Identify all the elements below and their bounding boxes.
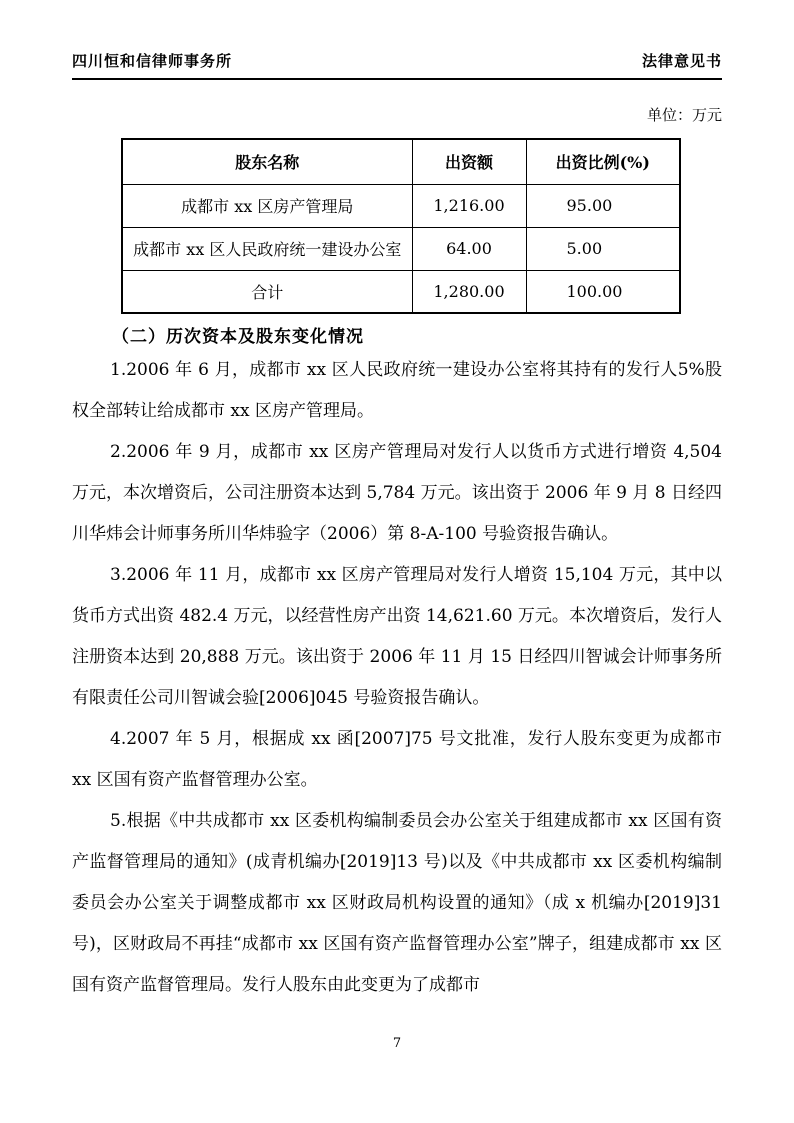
total-ratio-cell: 100.00 (526, 270, 680, 313)
contribution-ratio-cell: 5.00 (526, 227, 680, 270)
paragraph-4: 4.2007 年 5 月，根据成 xx 函[2007]75 号文批准，发行人股东… (72, 719, 722, 801)
shareholder-name-cell: 成都市 xx 区人民政府统一建设办公室 (122, 227, 412, 270)
paragraph-5: 5.根据《中共成都市 xx 区委机构编制委员会办公室关于组建成都市 xx 区国有… (72, 801, 722, 1006)
table-row: 成都市 xx 区人民政府统一建设办公室 64.00 5.00 (122, 227, 680, 270)
shareholder-name-cell: 成都市 xx 区房产管理局 (122, 184, 412, 227)
contribution-amount-cell: 64.00 (412, 227, 526, 270)
total-amount-cell: 1,280.00 (412, 270, 526, 313)
table-header-row: 股东名称 出资额 出资比例(%) (122, 139, 680, 184)
page-header: 四川恒和信律师事务所 法律意见书 (72, 50, 722, 80)
paragraph-3: 3.2006 年 11 月，成都市 xx 区房产管理局对发行人增资 15,104… (72, 555, 722, 719)
paragraph-1: 1.2006 年 6 月，成都市 xx 区人民政府统一建设办公室将其持有的发行人… (72, 350, 722, 432)
paragraph-2: 2.2006 年 9 月，成都市 xx 区房产管理局对发行人以货币方式进行增资 … (72, 432, 722, 555)
table-row-total: 合计 1,280.00 100.00 (122, 270, 680, 313)
contribution-ratio-cell: 95.00 (526, 184, 680, 227)
col-header-shareholder-name: 股东名称 (122, 139, 412, 184)
law-firm-name: 四川恒和信律师事务所 (72, 50, 232, 71)
contribution-amount-cell: 1,216.00 (412, 184, 526, 227)
unit-note: 单位：万元 (647, 104, 722, 125)
total-label-cell: 合计 (122, 270, 412, 313)
table-row: 成都市 xx 区房产管理局 1,216.00 95.00 (122, 184, 680, 227)
col-header-contribution-amount: 出资额 (412, 139, 526, 184)
document-type-label: 法律意见书 (642, 50, 722, 71)
section-heading: （二）历次资本及股东变化情况 (112, 322, 364, 347)
shareholders-table: 股东名称 出资额 出资比例(%) 成都市 xx 区房产管理局 1,216.00 … (121, 138, 681, 314)
page-number: 7 (0, 1036, 794, 1051)
document-page: 四川恒和信律师事务所 法律意见书 单位：万元 股东名称 出资额 出资比例(%) … (0, 0, 794, 1123)
body-text: 1.2006 年 6 月，成都市 xx 区人民政府统一建设办公室将其持有的发行人… (72, 350, 722, 1006)
col-header-contribution-ratio: 出资比例(%) (526, 139, 680, 184)
